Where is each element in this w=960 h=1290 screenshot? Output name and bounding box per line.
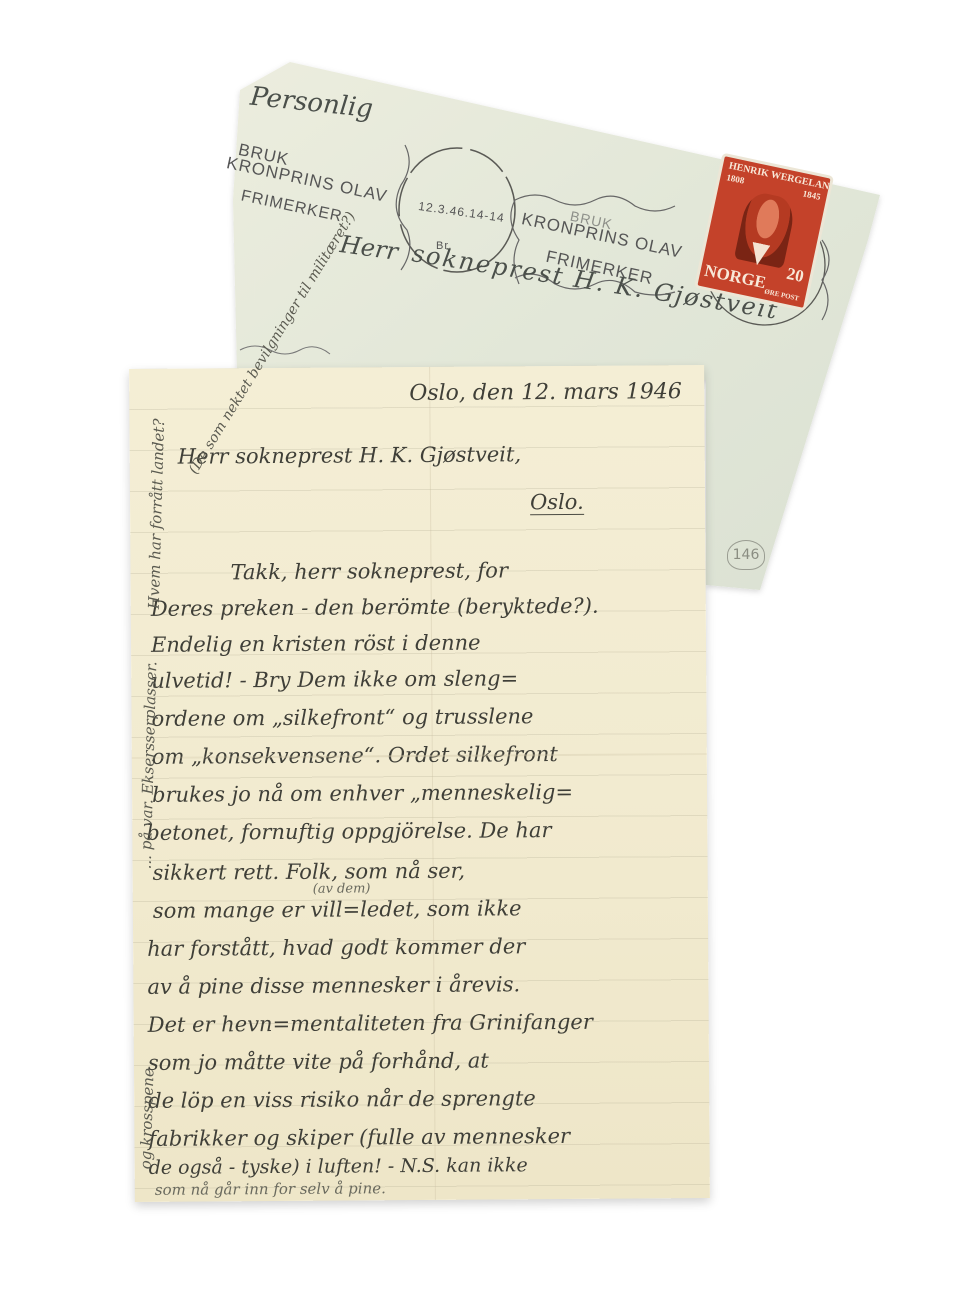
letter-line-5: ordene om „silkefront“ og trusslene [151,704,533,731]
stamp-country: NORGE [703,261,768,294]
letter-line-2: Deres preken - den berömte (beryktede?). [151,594,599,621]
letter-line-17: de også - tyske) i luften! - N.S. kan ik… [149,1154,528,1179]
margin-note-left-bottom: og krosspene [137,1068,158,1170]
letter-line-4: ulvetid! - Bry Dem ikke om sleng= [151,666,518,693]
letter-dateline: Oslo, den 12. mars 1946 [409,379,682,406]
letter-sheet: Oslo, den 12. mars 1946 Herr sokneprest … [129,365,710,1202]
letter-line-12: av å pine disse mennesker i årevis. [147,972,520,999]
letter-line-3: Endelig en kristen röst i denne [151,631,481,657]
letter-line-16: fabrikker og skiper (fulle av mennesker [148,1124,570,1151]
letter-line-10: som mange er vill=ledet, som ikke [153,896,522,923]
stamp-value: 20 [785,264,806,287]
letter-line-9: sikkert rett. Folk, som nå ser, [153,859,466,885]
letter-line-6: om „konsekvensene“. Ordet silkefront [152,742,558,769]
archive-number: 146 [727,540,765,570]
letter-line-13: Det er hevn=mentaliteten fra Grinifanger [148,1010,593,1037]
margin-note-left-top: Hvem har forrått landet? [145,418,168,609]
letter-line-15: de löp en viss risiko når de sprengte [148,1086,536,1113]
letter-line-1: Takk, herr sokneprest, for [230,558,508,584]
letter-salutation-city: Oslo. [530,490,584,515]
letter-interlinear-note: (av dem) [313,881,371,896]
letter-line-18: som nå går inn for selv å pine. [155,1179,386,1199]
letter-line-14: som jo måtte vite på forhånd, at [148,1049,489,1075]
stamp-portrait [734,190,797,269]
stamp-unit: ØRE POST [764,287,800,302]
letter-line-7: brukes jo nå om enhver „menneskelig= [152,780,573,807]
letter-line-11: har forstått, hvad godt kommer der [147,934,525,961]
letter-salutation: Herr sokneprest H. K. Gjøstveit, [178,442,522,468]
letter-line-8: betonet, fornuftig oppgjörelse. De har [146,818,551,845]
